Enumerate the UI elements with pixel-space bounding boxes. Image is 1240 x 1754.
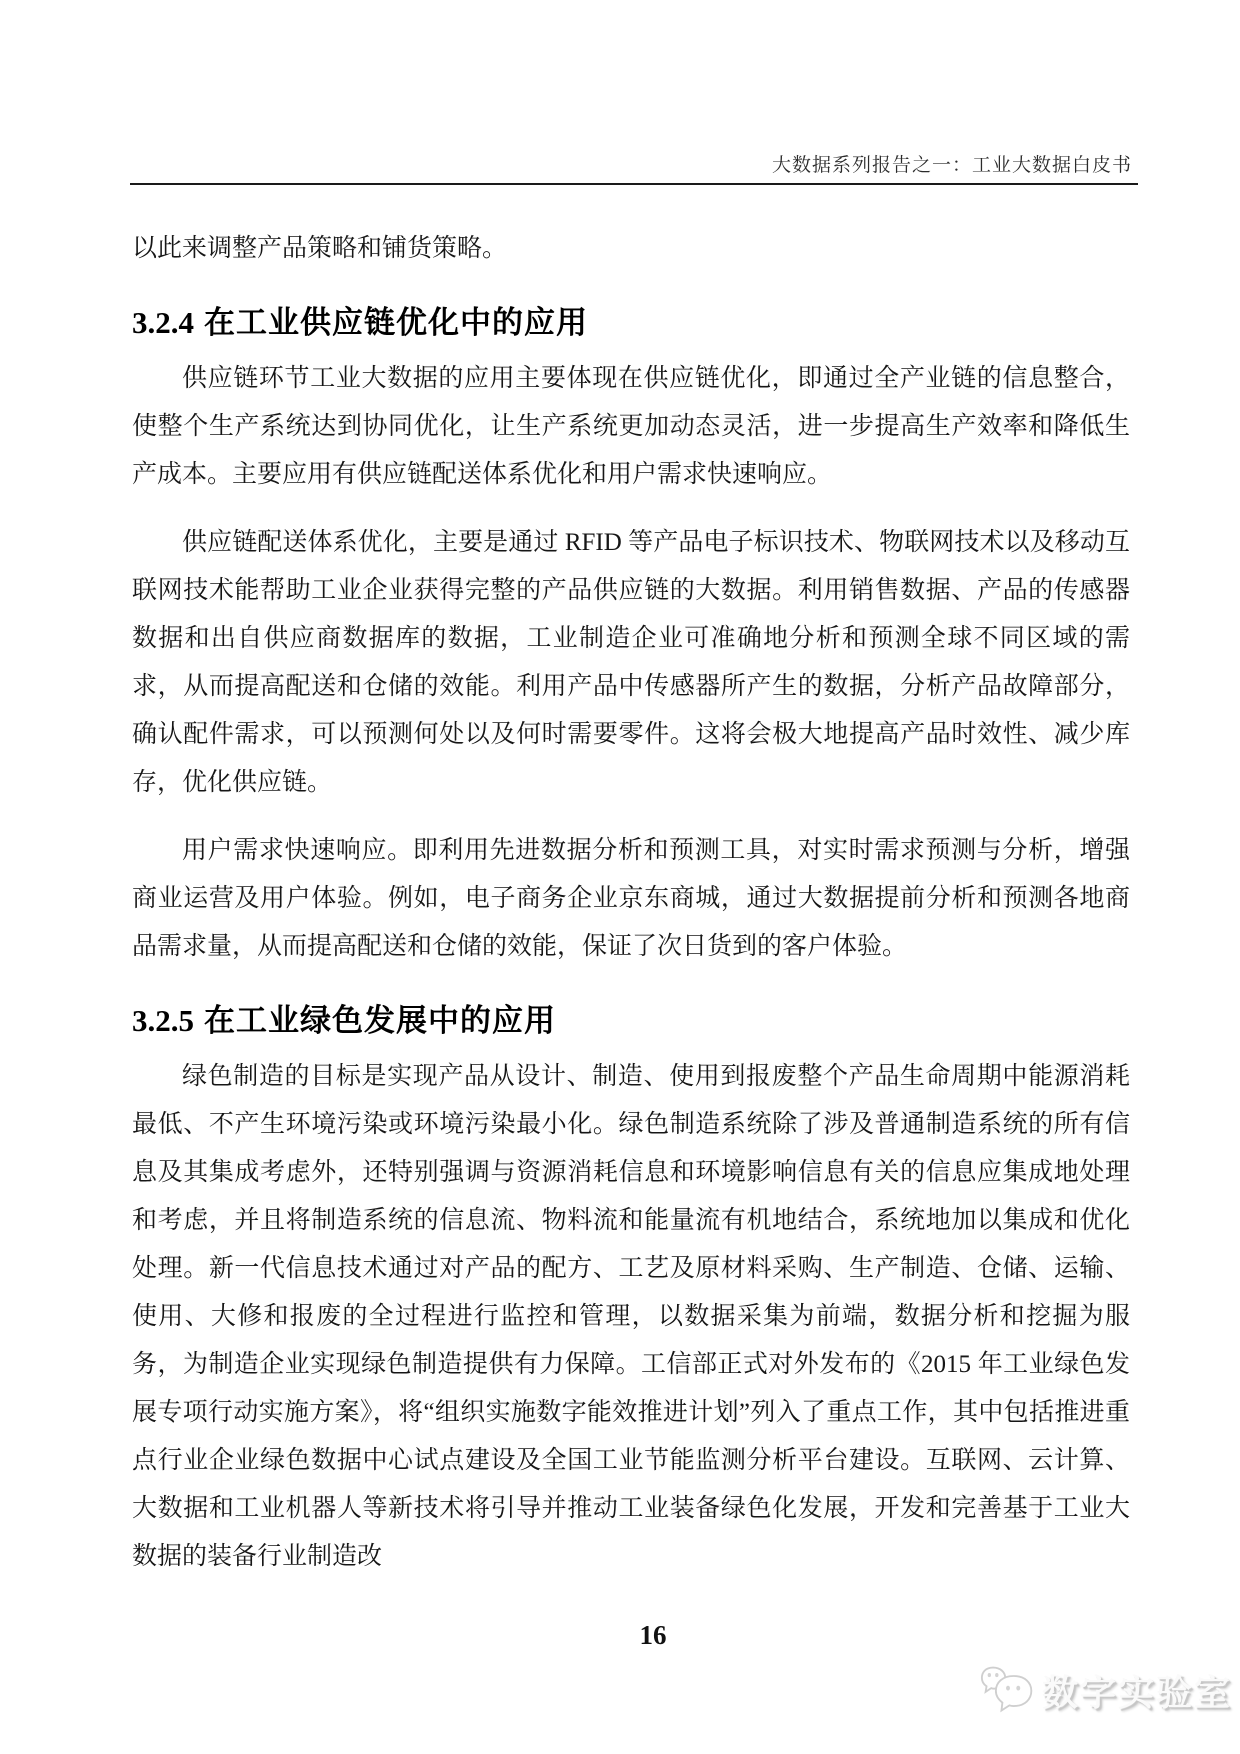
paragraph: 供应链配送体系优化，主要是通过 RFID 等产品电子标识技术、物联网技术以及移动… (132, 519, 1130, 807)
paragraph: 用户需求快速响应。即利用先进数据分析和预测工具，对实时需求预测与分析，增强商业运… (132, 827, 1130, 971)
paragraph: 绿色制造的目标是实现产品从设计、制造、使用到报废整个产品生命周期中能源消耗最低、… (132, 1053, 1130, 1581)
section-title: 在工业供应链优化中的应用 (204, 305, 588, 340)
section-title: 在工业绿色发展中的应用 (204, 1003, 556, 1038)
running-header-title: 大数据系列报告之一：工业大数据白皮书 (772, 155, 1132, 176)
watermark-text: 数字实验室 (1042, 1665, 1232, 1716)
page-footer: 16 (598, 1620, 708, 1651)
section-number: 3.2.5 (132, 1003, 194, 1038)
running-header: 大数据系列报告之一：工业大数据白皮书 (772, 150, 1132, 177)
wechat-icon (980, 1664, 1036, 1716)
paragraph-continuation: 以此来调整产品策略和铺货策略。 (132, 225, 1130, 273)
section-heading-3-2-4: 3.2.4在工业供应链优化中的应用 (132, 303, 1130, 343)
page-content: 以此来调整产品策略和铺货策略。 3.2.4在工业供应链优化中的应用 供应链环节工… (132, 225, 1130, 1601)
watermark: 数字实验室 (980, 1664, 1232, 1716)
header-divider (130, 183, 1138, 185)
section-heading-3-2-5: 3.2.5在工业绿色发展中的应用 (132, 1001, 1130, 1041)
document-page: 大数据系列报告之一：工业大数据白皮书 以此来调整产品策略和铺货策略。 3.2.4… (0, 0, 1240, 1754)
paragraph: 供应链环节工业大数据的应用主要体现在供应链优化，即通过全产业链的信息整合，使整个… (132, 355, 1130, 499)
page-number: 16 (640, 1620, 667, 1650)
section-number: 3.2.4 (132, 305, 194, 340)
